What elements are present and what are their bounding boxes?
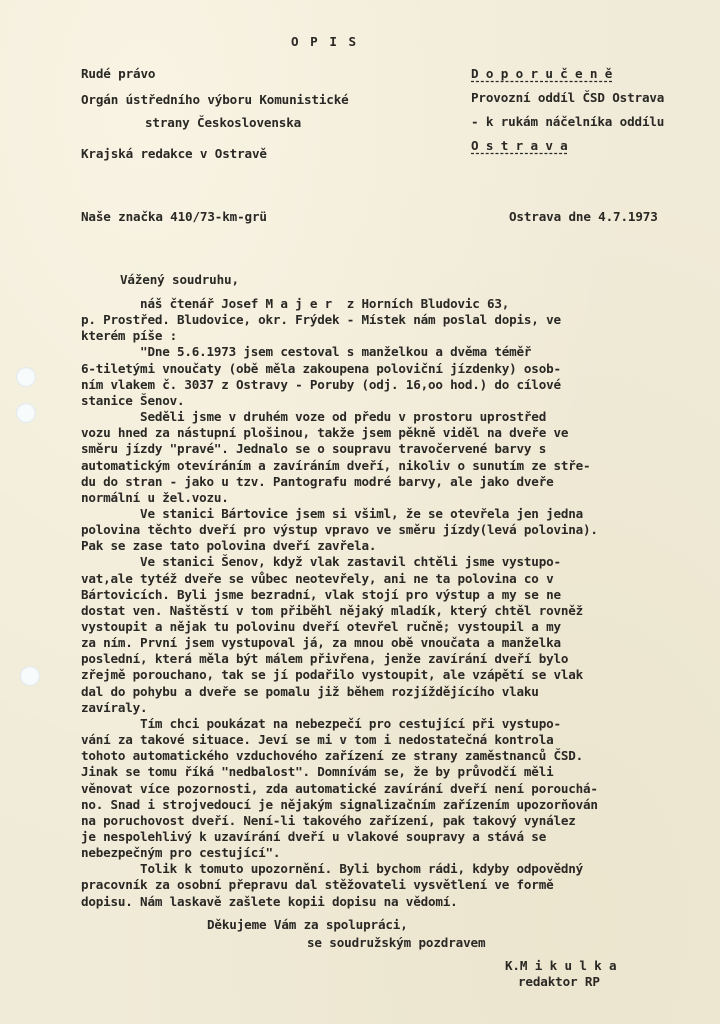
body-line: nebezpečným pro cestující". bbox=[81, 846, 280, 860]
body-line: vání za takové situace. Jeví se mi v tom… bbox=[81, 733, 553, 747]
body-line: Jinak se tomu říká "nedbalost". Domnívám… bbox=[81, 765, 553, 779]
closing-thanks: Děkujeme Vám za spolupráci, bbox=[207, 918, 408, 932]
sender-name: Rudé právo bbox=[81, 67, 155, 81]
signature-title: redaktor RP bbox=[518, 975, 600, 989]
body-line: poslední, která měla být málem přivřena,… bbox=[81, 652, 568, 666]
punch-hole bbox=[16, 403, 36, 423]
body-line: Pak se zase tato polovina dveří zavřela. bbox=[81, 539, 376, 553]
body-line: Seděli jsme v druhém voze od předu v pro… bbox=[81, 410, 546, 424]
body-line: věnovat více pozornosti, zda automatické… bbox=[81, 782, 598, 796]
delivery-type: D o p o r u č e n ě bbox=[471, 67, 612, 81]
body-line: zavíraly. bbox=[81, 701, 147, 715]
body-line: za ním. První jsem vystupoval já, za mno… bbox=[81, 636, 561, 650]
body-line: no. Snad i strojvedoucí je nějakým signa… bbox=[81, 798, 598, 812]
document-page: O P I S Rudé právo Orgán ústředního výbo… bbox=[0, 0, 720, 1024]
recipient-city: O s t r a v a bbox=[471, 139, 568, 153]
recipient-attention: - k rukám náčelníka oddílu bbox=[471, 115, 664, 129]
closing-greeting: se soudružským pozdravem bbox=[307, 936, 485, 950]
body-line: tohoto automatického vzduchového zařízen… bbox=[81, 749, 583, 763]
body-line: dopisu. Nám laskavě zašlete kopii dopisu… bbox=[81, 895, 458, 909]
body-line: du do stran - jako u tzv. Pantografu mod… bbox=[81, 475, 553, 489]
letter-date: Ostrava dne 4.7.1973 bbox=[509, 210, 658, 224]
recipient-name: Provozní oddíl ČSD Ostrava bbox=[471, 91, 664, 105]
body-line: na poruchovost dveří. Není-li takového z… bbox=[81, 814, 576, 828]
body-line: vat,ale tytéž dveře se vůbec neotevřely,… bbox=[81, 572, 553, 586]
body-line: ním vlakem č. 3037 z Ostravy - Poruby (o… bbox=[81, 378, 561, 392]
body-line: p. Prostřed. Bludovice, okr. Frýdek - Mí… bbox=[81, 313, 561, 327]
body-line: zřejmě porouchano, tak se jí podařilo vy… bbox=[81, 668, 583, 682]
signature-name: K.M i k u l k a bbox=[505, 959, 616, 973]
body-line: Ve stanici Šenov, když vlak zastavil cht… bbox=[81, 555, 561, 569]
body-line: Tím chci poukázat na nebezpečí pro cestu… bbox=[81, 717, 561, 731]
body-line: Tolik k tomuto upozornění. Byli bychom r… bbox=[81, 862, 583, 876]
body-line: 6-tiletými vnoučaty (obě měla zakoupena … bbox=[81, 362, 561, 376]
body-line: dostat ven. Naštěstí v tom přiběhl nějak… bbox=[81, 604, 583, 618]
reference-number: Naše značka 410/73-km-grü bbox=[81, 210, 267, 224]
body-line: směru jízdy "pravé". Jednalo se o soupra… bbox=[81, 442, 546, 456]
body-line: dal do pohybu a dveře se pomalu již běhe… bbox=[81, 685, 539, 699]
body-line: pracovník za osobní přepravu dal stěžova… bbox=[81, 878, 553, 892]
sender-org: Orgán ústředního výboru Komunistické bbox=[81, 93, 349, 107]
sender-office: Krajská redakce v Ostravě bbox=[81, 147, 267, 161]
body-line: automatickým otevíráním a zavíráním dveř… bbox=[81, 459, 590, 473]
body-line: Bártovicích. Byli jsme bezradní, vlak st… bbox=[81, 588, 561, 602]
body-line: polovina těchto dveří pro výstup vpravo … bbox=[81, 523, 598, 537]
document-heading: O P I S bbox=[291, 35, 358, 49]
body-line: stanice Šenov. bbox=[81, 394, 184, 408]
body-line: vystoupit a nějak tu polovinu dveří otev… bbox=[81, 620, 561, 634]
body-line: normální u žel.vozu. bbox=[81, 491, 229, 505]
sender-org-cont: strany Československa bbox=[145, 116, 301, 130]
salutation: Vážený soudruhu, bbox=[120, 273, 239, 287]
punch-hole bbox=[20, 666, 40, 686]
body-line: "Dne 5.6.1973 jsem cestoval s manželkou … bbox=[81, 345, 531, 359]
body-line: Ve stanici Bártovice jsem si všiml, že s… bbox=[81, 507, 583, 521]
body-line: vozu hned za nástupní plošinou, takže js… bbox=[81, 426, 568, 440]
punch-hole bbox=[16, 367, 36, 387]
body-line: je nespolehlivý k uzavírání dveří u vlak… bbox=[81, 830, 546, 844]
body-line: náš čtenář Josef M a j e r z Horních Blu… bbox=[81, 297, 509, 311]
body-line: kterém píše : bbox=[81, 329, 177, 343]
